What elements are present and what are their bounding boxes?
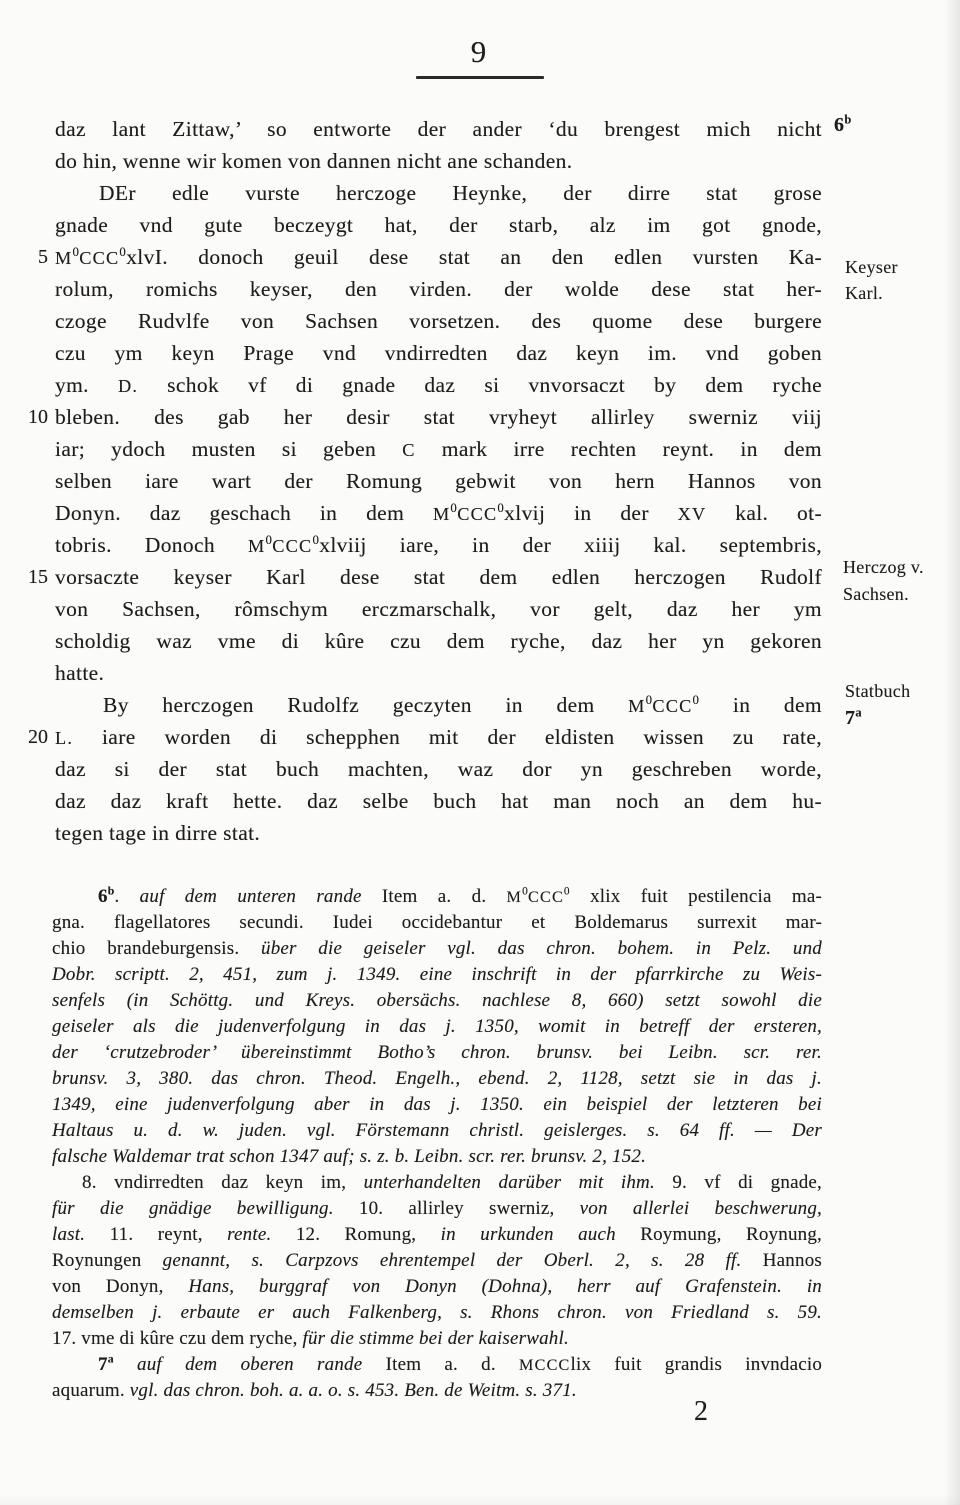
text-segment: L. (55, 728, 73, 748)
text-segment: schok vf di gnade daz si vnvorsaczt by d… (138, 373, 822, 397)
text-segment (114, 1354, 137, 1375)
text-segment: Item a. d. (386, 1354, 519, 1375)
text-segment: bleben. des gab her desir stat vryheyt a… (55, 405, 822, 429)
text-segment: mark irre rechten reynt. in dem (416, 437, 822, 461)
body-text-line: czu ym keyn Prage vnd vndirredten daz ke… (55, 337, 822, 369)
main-text-block: daz lant Zittaw,’ so entworte der ander … (55, 113, 822, 849)
footnote-line: last. 11. reynt, rente. 12. Romung, in u… (52, 1222, 822, 1248)
text-segment: b (844, 112, 851, 126)
text-segment: CCC (272, 536, 312, 556)
text-segment: 6 (834, 114, 844, 136)
body-text-line: daz lant Zittaw,’ so entworte der ander … (55, 113, 822, 145)
text-segment: a (108, 1353, 114, 1366)
footnote-line: 17. vme di kûre czu dem ryche, für die s… (52, 1326, 822, 1352)
margin-note: Sachsen. (843, 583, 909, 605)
text-segment: xlvij in der (504, 501, 677, 525)
text-segment: gna. flagellatores secundi. Iudei occide… (52, 912, 822, 933)
text-segment: scholdig waz vme di kûre czu dem ryche, … (55, 629, 822, 653)
text-segment: geiseler als die judenverfolgung in das … (52, 1016, 822, 1037)
text-segment: Sachsen. (843, 584, 909, 604)
text-segment: brunsv. 3, 380. das chron. Theod. Engelh… (52, 1068, 822, 1089)
footnote-line: geiseler als die judenverfolgung in das … (52, 1014, 822, 1040)
text-segment: M (628, 696, 645, 716)
text-segment: M (507, 889, 523, 906)
scan-bottom-shadow (0, 1495, 960, 1505)
text-segment: hatte. (55, 661, 104, 685)
line-number: 10 (18, 401, 48, 433)
text-segment: 17. vme di kûre czu dem ryche, (52, 1328, 302, 1349)
text-segment: Statbuch (845, 681, 910, 701)
margin-note: Keyser (845, 256, 898, 278)
footnote-line: senfels (in Schöttg. und Kreys. obersäch… (52, 988, 822, 1014)
text-segment: XV (678, 504, 707, 524)
text-segment: tobris. Donoch (55, 533, 248, 557)
text-segment: daz lant Zittaw,’ so entworte der ander … (55, 117, 822, 141)
text-segment: Haltaus u. d. w. juden. vgl. Förstemann … (52, 1120, 822, 1141)
body-text-line: selben iare wart der Romung gebwit von h… (55, 465, 822, 497)
body-text-line: rolum, romichs keyser, den virden. der w… (55, 273, 822, 305)
text-segment: rolum, romichs keyser, den virden. der w… (55, 277, 822, 301)
text-segment: 11. reynt, (110, 1224, 228, 1245)
text-segment: czu ym keyn Prage vnd vndirredten daz ke… (55, 341, 822, 365)
body-text-line: DEr edle vurste herczoge Heynke, der dir… (55, 177, 822, 209)
header-rule (416, 76, 544, 79)
text-segment: über die geiseler vgl. das chron. bohem.… (261, 938, 822, 959)
line-number: 20 (18, 721, 48, 753)
body-text-line: 5M0CCC0xlvI. donoch geuil dese stat an d… (55, 241, 822, 273)
footnote-line: Dobr. scriptt. 2, 451, zum j. 1349. eine… (52, 962, 822, 988)
text-segment: iar; ydoch musten si geben (55, 437, 402, 461)
body-text-line: daz daz kraft hette. daz selbe buch hat … (55, 785, 822, 817)
text-segment: DEr edle vurste herczoge Heynke, der dir… (99, 181, 822, 205)
footnote-line: chio brandeburgensis. über die geiseler … (52, 936, 822, 962)
text-segment: für die gnädige bewilligung. (52, 1198, 359, 1219)
text-segment: CCC (79, 248, 119, 268)
text-segment: Dobr. scriptt. 2, 451, zum j. 1349. eine… (52, 964, 822, 985)
body-text-line: 20L. iare worden di schepphen mit der el… (55, 721, 822, 753)
text-segment: ym. (55, 373, 118, 397)
text-segment: Hans, burggraf von Donyn (Dohna), herr a… (188, 1276, 822, 1297)
footnote-line: 6b. auf dem unteren rande Item a. d. M0C… (52, 884, 822, 910)
text-segment: CCC (457, 504, 497, 524)
text-segment: in urkunden auch (441, 1224, 641, 1245)
line-number: 15 (18, 561, 48, 593)
text-segment: vorsaczte keyser Karl dese stat dem edle… (55, 565, 822, 589)
text-segment: M (248, 536, 265, 556)
folio-reference-mark: 7a (845, 707, 862, 729)
body-text-line: daz si der stat buch machten, waz dor yn… (55, 753, 822, 785)
text-segment: iare worden di schepphen mit der eldiste… (73, 725, 822, 749)
margin-note: Herczog v. (843, 556, 924, 578)
text-segment: Item a. d. (382, 886, 507, 907)
text-segment: xlix fuit pestilencia ma- (570, 886, 822, 907)
text-segment: chio brandeburgensis. (52, 938, 261, 959)
text-segment: C (402, 440, 415, 460)
text-segment: Hannos (763, 1250, 822, 1271)
folio-reference-mark: 6b (834, 114, 852, 136)
text-segment: D. (118, 376, 138, 396)
text-segment: rente. (227, 1224, 296, 1245)
footnote-line: falsche Waldemar trat schon 1347 auf; s.… (52, 1144, 822, 1170)
margin-note: Statbuch (845, 680, 910, 702)
body-text-line: iar; ydoch musten si geben C mark irre r… (55, 433, 822, 465)
text-segment: selben iare wart der Romung gebwit von h… (55, 469, 822, 493)
body-text-line: Donyn. daz geschach in dem M0CCC0xlvij i… (55, 497, 822, 529)
text-segment: 7 (845, 707, 855, 729)
text-segment: 9. vf di gnade, (655, 1172, 822, 1193)
margin-note: Karl. (845, 282, 883, 304)
body-text-line: ym. D. schok vf di gnade daz si vnvorsac… (55, 369, 822, 401)
text-segment: 10. allirley swerniz, (359, 1198, 580, 1219)
footnote-line: Haltaus u. d. w. juden. vgl. Förstemann … (52, 1118, 822, 1144)
text-segment: CCC (652, 696, 692, 716)
body-text-line: tobris. Donoch M0CCC0xlviij iare, in der… (55, 529, 822, 561)
text-segment: xlvI. donoch geuil dese stat an den edle… (126, 245, 822, 269)
text-segment: Herczog v. (843, 557, 924, 577)
text-segment: Karl. (845, 283, 883, 303)
text-segment: czoge Rudvlfe von Sachsen vorsetzen. des… (55, 309, 822, 333)
text-segment: By herczogen Rudolfz geczyten in dem (103, 693, 628, 717)
text-segment: der ‘crutzebroder’ übereinstimmt Botho’s… (52, 1042, 822, 1063)
scanned-page: { "page": { "number": "9", "signature": … (0, 0, 960, 1505)
footnote-line: für die gnädige bewilligung. 10. allirle… (52, 1196, 822, 1222)
text-segment: last. (52, 1224, 110, 1245)
text-segment: 1349, eine judenverfolgung aber in das j… (52, 1094, 822, 1115)
line-number: 5 (18, 241, 48, 273)
text-segment: daz daz kraft hette. daz selbe buch hat … (55, 789, 822, 813)
body-text-line: tegen tage in dirre stat. (55, 817, 822, 849)
text-segment: von allerlei beschwerung, (580, 1198, 822, 1219)
text-segment: gnade vnd gute beczeygt hat, der starb, … (55, 213, 822, 237)
text-segment: tegen tage in dirre stat. (55, 821, 260, 845)
footnote-line: von Donyn, Hans, burggraf von Donyn (Doh… (52, 1274, 822, 1300)
text-segment: aquarum. (52, 1380, 130, 1401)
body-text-line: By herczogen Rudolfz geczyten in dem M0C… (55, 689, 822, 721)
body-text-line: czoge Rudvlfe von Sachsen vorsetzen. des… (55, 305, 822, 337)
text-segment: Donyn. daz geschach in dem (55, 501, 433, 525)
text-segment: kal. ot- (706, 501, 822, 525)
footnote-line: 8. vndirredten daz keyn im, unterhandelt… (52, 1170, 822, 1196)
text-segment: von Donyn, (52, 1276, 188, 1297)
text-segment: in dem (699, 693, 822, 717)
text-segment: daz si der stat buch machten, waz dor yn… (55, 757, 822, 781)
text-segment: von Sachsen, rômschym erczmarschalk, vor… (55, 597, 822, 621)
text-segment: für die stimme bei der kaiserwahl. (302, 1328, 568, 1349)
text-segment: senfels (in Schöttg. und Kreys. obersäch… (52, 990, 822, 1011)
text-segment: do hin, wenne wir komen von dannen nicht… (55, 149, 572, 173)
footnote-line: demselben j. erbaute er auch Falkenberg,… (52, 1300, 822, 1326)
text-segment: auf dem unteren rande (140, 886, 382, 907)
footnote-line: Roynungen genannt, s. Carpzovs ehrentemp… (52, 1248, 822, 1274)
text-segment: demselben j. erbaute er auch Falkenberg,… (52, 1302, 822, 1323)
signature-mark: 2 (694, 1396, 708, 1428)
body-text-line: gnade vnd gute beczeygt hat, der starb, … (55, 209, 822, 241)
text-segment: xlviij iare, in der xiiij kal. septembri… (319, 533, 822, 557)
scan-edge-shadow (944, 0, 960, 1505)
text-segment: CCC (528, 889, 564, 906)
text-segment: unterhandelten darüber mit ihm. (364, 1172, 655, 1193)
footnote-line: brunsv. 3, 380. das chron. Theod. Engelh… (52, 1066, 822, 1092)
text-segment: . (114, 886, 139, 907)
body-text-line: hatte. (55, 657, 822, 689)
text-segment: vgl. das chron. boh. a. a. o. s. 453. Be… (130, 1380, 577, 1401)
text-segment: falsche Waldemar trat schon 1347 auf; s.… (52, 1146, 646, 1167)
footnote-line: gna. flagellatores secundi. Iudei occide… (52, 910, 822, 936)
footnote-line: 7a auf dem oberen rande Item a. d. MCCCl… (52, 1352, 822, 1378)
body-text-line: do hin, wenne wir komen von dannen nicht… (55, 145, 822, 177)
body-text-line: von Sachsen, rômschym erczmarschalk, vor… (55, 593, 822, 625)
body-text-line: 10bleben. des gab her desir stat vryheyt… (55, 401, 822, 433)
body-text-line: scholdig waz vme di kûre czu dem ryche, … (55, 625, 822, 657)
footnote-line: 1349, eine judenverfolgung aber in das j… (52, 1092, 822, 1118)
text-segment: Roynungen (52, 1250, 163, 1271)
text-segment: M (55, 248, 72, 268)
page-number: 9 (394, 34, 564, 70)
text-segment: 7 (98, 1354, 108, 1375)
text-segment: a (855, 705, 862, 719)
text-segment: auf dem oberen rande (137, 1354, 386, 1375)
footnote-block: 6b. auf dem unteren rande Item a. d. M0C… (52, 884, 822, 1404)
text-segment: 8. vndirredten daz keyn im, (82, 1172, 364, 1193)
text-segment: 6 (98, 886, 108, 907)
text-segment: M (433, 504, 450, 524)
text-segment: lix fuit grandis invndacio (571, 1354, 823, 1375)
text-segment: 12. Romung, (296, 1224, 441, 1245)
body-text-line: 15vorsaczte keyser Karl dese stat dem ed… (55, 561, 822, 593)
text-segment: Keyser (845, 257, 898, 277)
text-segment: MCCC (519, 1357, 570, 1374)
footnote-line: der ‘crutzebroder’ übereinstimmt Botho’s… (52, 1040, 822, 1066)
text-segment: Roymung, Roynung, (640, 1224, 822, 1245)
text-segment: genannt, s. Carpzovs ehrentempel der Obe… (163, 1250, 763, 1271)
